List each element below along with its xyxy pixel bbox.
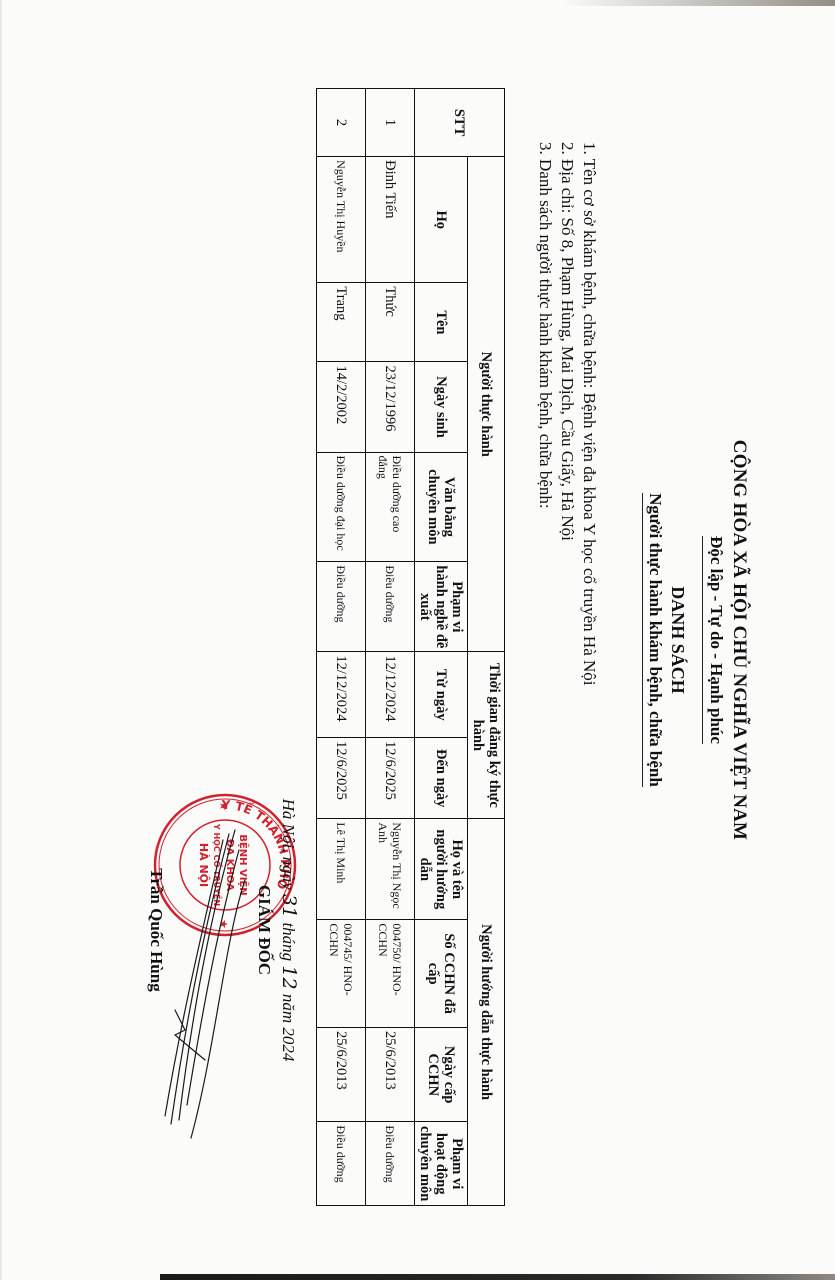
- facility-info: 1. Tên cơ sở khám bệnh, chữa bệnh: Bệnh …: [534, 142, 600, 686]
- cell-ngay-sinh: 23/12/1996: [366, 362, 415, 452]
- cell-pham-vi-de-xuat: Điều dưỡng: [366, 562, 415, 652]
- sign-year: 2024: [279, 1027, 298, 1061]
- cell-ho: Đinh Tiến: [366, 157, 415, 283]
- col-den-ngay: Đến ngày: [415, 738, 468, 819]
- col-stt: STT: [415, 89, 505, 157]
- signer-name: Trần Quốc Hùng: [146, 700, 166, 1160]
- facility-name-line: 1. Tên cơ sở khám bệnh, chữa bệnh: Bệnh …: [578, 142, 600, 686]
- sign-year-label: năm: [279, 994, 298, 1023]
- col-tu-ngay: Từ ngày: [415, 652, 468, 738]
- document-header: CỘNG HÒA XÃ HỘI CHỦ NGHĨA VIỆT NAM Độc l…: [642, 0, 750, 1280]
- cell-ten: Thức: [366, 283, 415, 362]
- sign-day: 31: [278, 894, 300, 918]
- sign-place: Hà Nội, ngày: [279, 799, 298, 890]
- col-van-bang: Văn bằng chuyên môn: [415, 452, 468, 562]
- facility-address-line: 2. Địa chỉ: Số 8, Phạm Hùng, Mai Dịch, C…: [556, 142, 578, 686]
- document-subtitle: Người thực hành khám bệnh, chữa bệnh: [642, 493, 665, 787]
- col-ngay-cap-cchn: Ngày cấp CCHN: [415, 1027, 468, 1121]
- group-header-row: STT Người thực hành Thời gian đăng ký th…: [468, 89, 505, 1206]
- cell-so-cchn: 004745/ HNO-CCHN: [317, 920, 366, 1028]
- table-row: 2 Nguyễn Thị Huyền Trang 14/2/2002 Điều …: [317, 89, 366, 1206]
- cell-den-ngay: 12/6/2025: [317, 738, 366, 819]
- cell-stt: 2: [317, 89, 366, 157]
- document-page: CỘNG HÒA XÃ HỘI CHỦ NGHĨA VIỆT NAM Độc l…: [0, 0, 835, 1280]
- col-ten: Tên: [415, 283, 468, 362]
- col-ngay-sinh: Ngày sinh: [415, 362, 468, 452]
- col-ho: Họ: [415, 157, 468, 283]
- cell-pham-vi-hoat-dong: Điều dưỡng: [317, 1122, 366, 1206]
- cell-so-cchn: 004750/ HNO-CCHN: [366, 920, 415, 1028]
- col-so-cchn: Số CCHN đã cấp: [415, 920, 468, 1028]
- cell-van-bang: Điều dưỡng đại học: [317, 452, 366, 562]
- document-title: DANH SÁCH: [667, 0, 688, 1280]
- sign-month: 12: [278, 965, 300, 989]
- cell-den-ngay: 12/6/2025: [366, 738, 415, 819]
- cell-ten: Trang: [317, 283, 366, 362]
- cell-ho-ten-huong-dan: Lê Thị Minh: [317, 819, 366, 920]
- cell-pham-vi-hoat-dong: Điều dưỡng: [366, 1122, 415, 1206]
- group-period: Thời gian đăng ký thực hành: [468, 652, 505, 819]
- practitioner-table: STT Người thực hành Thời gian đăng ký th…: [316, 88, 505, 1206]
- group-supervisor: Người hướng dẫn thực hành: [468, 819, 505, 1206]
- cell-pham-vi-de-xuat: Điều dưỡng: [317, 562, 366, 652]
- cell-tu-ngay: 12/12/2024: [366, 652, 415, 738]
- sign-date: Hà Nội, ngày 31 tháng 12 năm 2024: [278, 700, 300, 1160]
- cell-ngay-sinh: 14/2/2002: [317, 362, 366, 452]
- group-practitioner: Người thực hành: [468, 157, 505, 652]
- cell-ngay-cap-cchn: 25/6/2013: [366, 1027, 415, 1121]
- cell-ngay-cap-cchn: 25/6/2013: [317, 1027, 366, 1121]
- sign-month-label: tháng: [279, 922, 298, 961]
- cell-van-bang: Điều dưỡng cao đẳng: [366, 452, 415, 562]
- signer-role: GIÁM ĐỐC: [254, 700, 274, 1160]
- cell-ho: Nguyễn Thị Huyền: [317, 157, 366, 283]
- list-intro-line: 3. Danh sách người thực hành khám bệnh, …: [534, 142, 556, 686]
- national-motto: Độc lập - Tự do - Hạnh phúc: [702, 536, 726, 744]
- cell-stt: 1: [366, 89, 415, 157]
- col-ho-ten-huong-dan: Họ và tên người hướng dẫn: [415, 819, 468, 920]
- table-row: 1 Đinh Tiến Thức 23/12/1996 Điều dưỡng c…: [366, 89, 415, 1206]
- column-header-row: Họ Tên Ngày sinh Văn bằng chuyên môn Phạ…: [415, 89, 468, 1206]
- col-pham-vi-de-xuat: Phạm vi hành nghề đề xuất: [415, 562, 468, 652]
- national-title: CỘNG HÒA XÃ HỘI CHỦ NGHĨA VIỆT NAM: [728, 0, 750, 1280]
- cell-ho-ten-huong-dan: Nguyễn Thị Ngọc Anh: [366, 819, 415, 920]
- cell-tu-ngay: 12/12/2024: [317, 652, 366, 738]
- signature-block: Hà Nội, ngày 31 tháng 12 năm 2024 GIÁM Đ…: [146, 700, 300, 1160]
- col-pham-vi-hoat-dong: Phạm vi hoạt động chuyên môn: [415, 1122, 468, 1206]
